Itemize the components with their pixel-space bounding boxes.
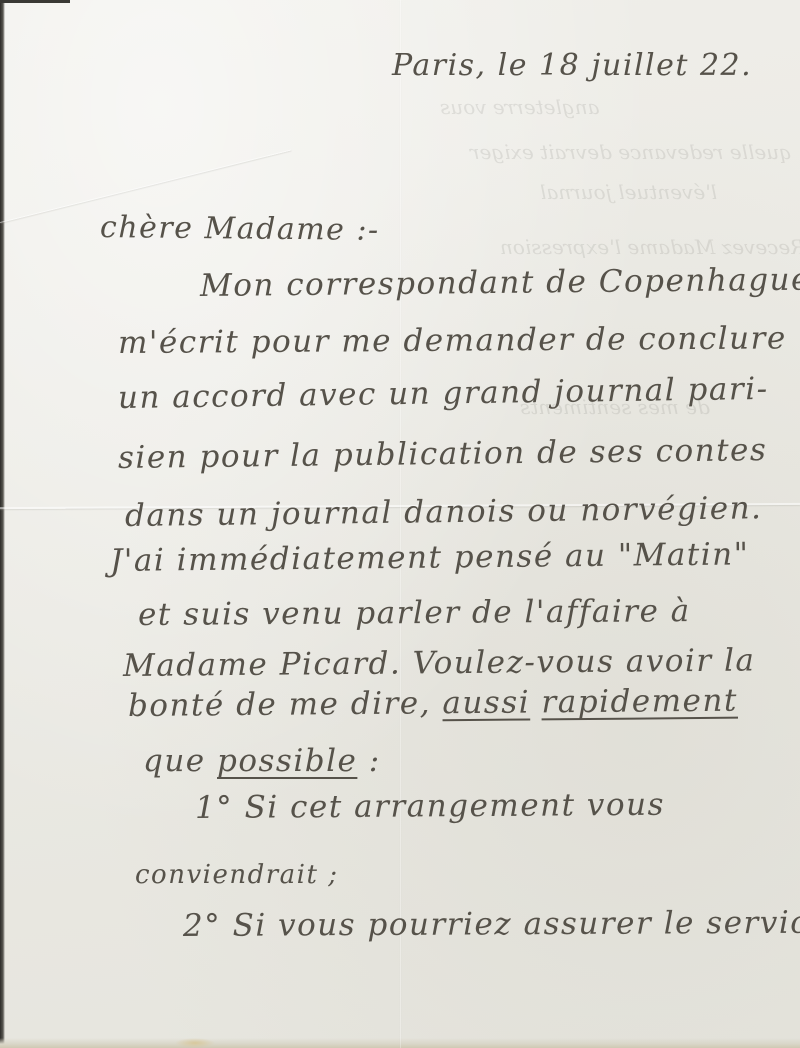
letter-paper: angleterre vous 2° quelle redevance devr…: [0, 0, 800, 1048]
dateline: Paris, le 18 juillet 22.: [392, 48, 752, 83]
body-line: dans un journal danois ou norvégien.: [125, 490, 763, 534]
body-line: sien pour la publication de ses contes: [118, 432, 768, 476]
body-line: Mon correspondant de Copenhague: [200, 262, 800, 304]
list-item: 1° Si cet arrangement vous: [195, 787, 665, 826]
underlined-text: possible: [217, 743, 357, 779]
body-line: Madame Picard. Voulez-vous avoir la: [123, 642, 756, 684]
body-line: m'écrit pour me demander de conclure: [118, 320, 787, 361]
list-item-continuation: conviendrait ;: [135, 860, 338, 890]
list-item: 2° Si vous pourriez assurer le service: [183, 905, 800, 944]
body-line: bonté de me dire, aussi rapidement: [128, 683, 738, 724]
salutation: chère Madame :-: [100, 210, 380, 248]
text-segment: que: [143, 743, 217, 779]
body-line: un accord avec un grand journal pari-: [118, 371, 769, 416]
underlined-text: aussi: [442, 684, 530, 721]
underlined-text: rapidement: [541, 683, 738, 721]
text-segment: bonté de me dire,: [128, 685, 443, 724]
body-line: que possible :: [143, 743, 381, 779]
body-line: J'ai immédiatement pensé au "Matin": [110, 536, 750, 579]
letter-content: Paris, le 18 juillet 22. chère Madame :-…: [0, 0, 800, 1048]
text-segment: :: [357, 743, 380, 779]
body-line: et suis venu parler de l'affaire à: [138, 593, 691, 633]
text-segment: [530, 684, 542, 720]
